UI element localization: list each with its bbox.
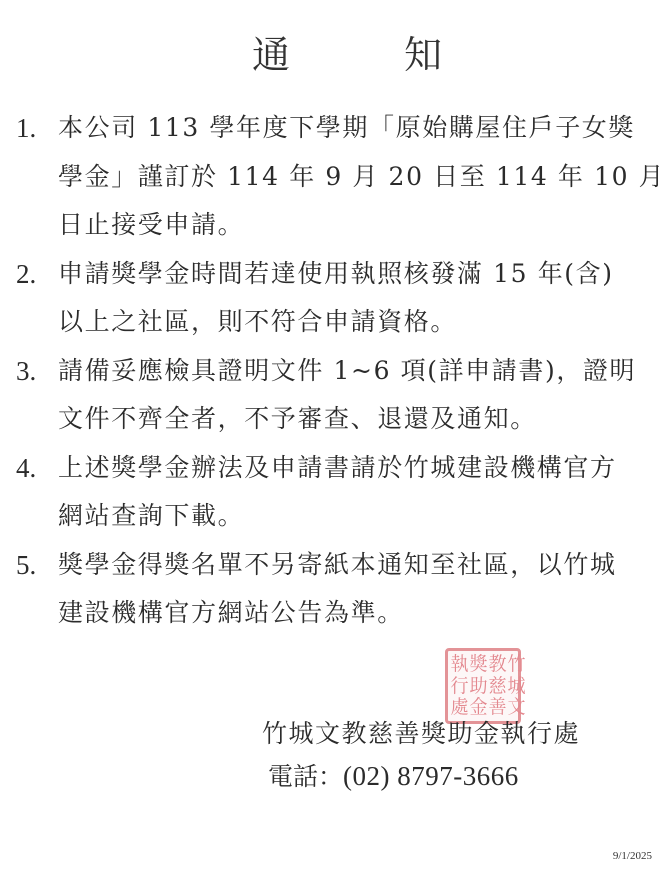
seal-char: 行 — [450, 676, 468, 697]
item-line: 請備妥應檢具證明文件 1~6 項(詳申請書)，證明 — [0, 347, 666, 396]
item-number: 4. — [16, 444, 36, 492]
item-line: 以上之社區，則不符合申請資格。 — [0, 298, 666, 347]
seal-char: 獎 — [469, 654, 487, 675]
item-line: 上述獎學金辦法及申請書請於竹城建設機構官方 — [0, 444, 666, 493]
notice-item-1: 1. 本公司 113 學年度下學期「原始購屋住戶子女獎 學金」謹訂於 114 年… — [0, 104, 666, 250]
seal-column-4: 執 行 處 — [450, 654, 469, 718]
item-line: 建設機構官方網站公告為準。 — [0, 589, 666, 638]
seal-char: 慈 — [489, 676, 507, 697]
document-title: 通 知 — [0, 30, 666, 80]
notice-list: 1. 本公司 113 學年度下學期「原始購屋住戶子女獎 學金」謹訂於 114 年… — [0, 104, 666, 638]
item-line: 日止接受申請。 — [0, 201, 666, 250]
seal-column-2: 教 慈 善 — [488, 654, 507, 718]
seal-char: 教 — [489, 654, 507, 675]
item-line: 獎學金得獎名單不另寄紙本通知至社區，以竹城 — [0, 541, 666, 590]
title-char-2: 知 — [404, 30, 442, 80]
item-line: 網站查詢下載。 — [0, 492, 666, 541]
seal-column-1: 竹 城 文 — [507, 654, 526, 718]
item-number: 1. — [16, 104, 36, 152]
item-line: 申請獎學金時間若達使用執照核發滿 15 年(含) — [0, 250, 666, 299]
phone-number: (02) 8797-3666 — [343, 761, 519, 791]
notice-item-5: 5. 獎學金得獎名單不另寄紙本通知至社區，以竹城 建設機構官方網站公告為準。 — [0, 541, 666, 638]
seal-char: 城 — [508, 676, 526, 697]
notice-item-3: 3. 請備妥應檢具證明文件 1~6 項(詳申請書)，證明 文件不齊全者，不予審查… — [0, 347, 666, 444]
seal-char: 助 — [469, 676, 487, 697]
item-line: 學金」謹訂於 114 年 9 月 20 日至 114 年 10 月 5 — [0, 153, 666, 202]
notice-item-2: 2. 申請獎學金時間若達使用執照核發滿 15 年(含) 以上之社區，則不符合申請… — [0, 250, 666, 347]
item-number: 3. — [16, 347, 36, 395]
notice-item-4: 4. 上述獎學金辦法及申請書請於竹城建設機構官方 網站查詢下載。 — [0, 444, 666, 541]
notice-page: 通 知 1. 本公司 113 學年度下學期「原始購屋住戶子女獎 學金」謹訂於 1… — [0, 0, 666, 893]
print-date: 9/1/2025 — [613, 850, 652, 862]
contact-phone: 電話：(02) 8797-3666 — [268, 756, 519, 797]
seal-char: 竹 — [508, 654, 526, 675]
official-seal-stamp: 竹 城 文 教 慈 善 獎 助 金 執 行 處 — [445, 648, 521, 724]
seal-column-3: 獎 助 金 — [469, 654, 488, 718]
item-number: 2. — [16, 250, 36, 298]
item-number: 5. — [16, 541, 36, 589]
item-line: 文件不齊全者，不予審查、退還及通知。 — [0, 395, 666, 444]
item-line: 本公司 113 學年度下學期「原始購屋住戶子女獎 — [0, 104, 666, 153]
phone-label: 電話： — [268, 762, 343, 791]
issuer-organization: 竹城文教慈善獎助金執行處 — [262, 714, 580, 754]
title-char-1: 通 — [252, 30, 290, 80]
seal-char: 執 — [450, 654, 468, 675]
